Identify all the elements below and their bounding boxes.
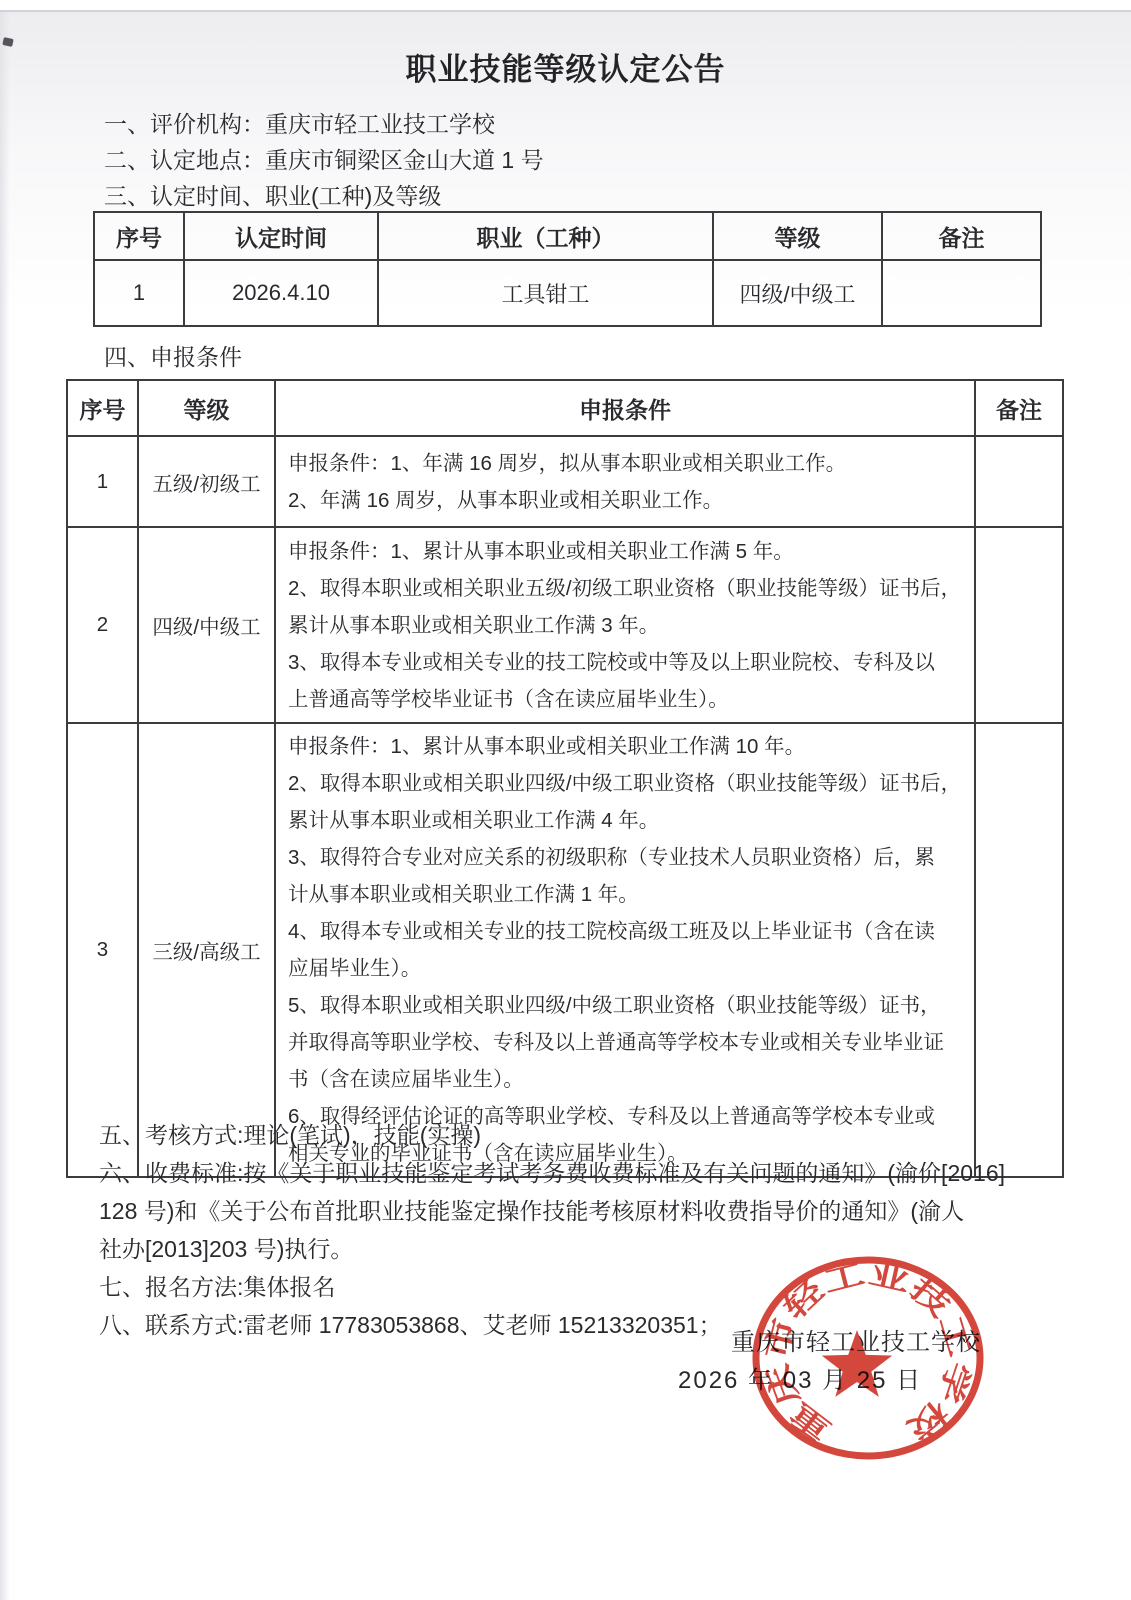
cell-conditions: 申报条件：1、累计从事本职业或相关职业工作满 10 年。2、取得本职业或相关职业…	[275, 723, 975, 1177]
column-header-occupation: 职业（工种）	[378, 212, 713, 260]
section-conditions-heading: 四、申报条件	[104, 339, 242, 372]
cell-level: 五级/初级工	[138, 436, 275, 527]
column-header-date: 认定时间	[184, 212, 378, 260]
document-page: 职业技能等级认定公告 一、评价机构：重庆市轻工业技工学校 二、认定地点：重庆市铜…	[0, 0, 1131, 1600]
column-header-conditions: 申报条件	[275, 380, 975, 436]
column-header-note: 备注	[975, 380, 1063, 436]
section-evaluator: 一、评价机构：重庆市轻工业技工学校	[104, 106, 495, 139]
page-title: 职业技能等级认定公告	[0, 44, 1131, 89]
cell-note	[882, 260, 1041, 326]
column-header-no: 序号	[94, 212, 184, 260]
cell-occupation: 工具钳工	[378, 260, 713, 326]
conditions-table: 序号 等级 申报条件 备注 1 五级/初级工 申报条件：1、年满 16 周岁，拟…	[66, 379, 1064, 1178]
cell-date: 2026.4.10	[184, 260, 378, 326]
column-header-no: 序号	[67, 380, 138, 436]
schedule-table-header-row: 序号 认定时间 职业（工种） 等级 备注	[94, 212, 1041, 260]
cell-no: 3	[67, 723, 138, 1177]
star-icon	[822, 1330, 892, 1397]
conditions-row-level4: 2 四级/中级工 申报条件：1、累计从事本职业或相关职业工作满 5 年。2、取得…	[67, 527, 1063, 723]
cell-no: 2	[67, 527, 138, 723]
cell-level: 四级/中级工	[713, 260, 882, 326]
conditions-table-header-row: 序号 等级 申报条件 备注	[67, 380, 1063, 436]
schedule-table-row: 1 2026.4.10 工具钳工 四级/中级工	[94, 260, 1041, 326]
column-header-level: 等级	[138, 380, 275, 436]
cell-conditions: 申报条件：1、年满 16 周岁，拟从事本职业或相关职业工作。2、年满 16 周岁…	[275, 436, 975, 527]
cell-no: 1	[94, 260, 184, 326]
cell-note	[975, 527, 1063, 723]
section-assessment: 五、考核方式:理论(笔试)，技能(实操)	[99, 1116, 1005, 1154]
cell-conditions: 申报条件：1、累计从事本职业或相关职业工作满 5 年。2、取得本职业或相关职业五…	[275, 527, 975, 723]
section-schedule-heading: 三、认定时间、职业(工种)及等级	[104, 178, 441, 211]
cell-note	[975, 723, 1063, 1177]
schedule-table: 序号 认定时间 职业（工种） 等级 备注 1 2026.4.10 工具钳工 四级…	[93, 211, 1042, 327]
section-location: 二、认定地点：重庆市铜梁区金山大道 1 号	[104, 142, 544, 175]
cell-note	[975, 436, 1063, 527]
conditions-row-level3: 3 三级/高级工 申报条件：1、累计从事本职业或相关职业工作满 10 年。2、取…	[67, 723, 1063, 1177]
official-stamp: 重庆市轻工业技工学校	[744, 1250, 994, 1470]
cell-level: 三级/高级工	[138, 723, 275, 1177]
conditions-row-level5: 1 五级/初级工 申报条件：1、年满 16 周岁，拟从事本职业或相关职业工作。2…	[67, 436, 1063, 527]
column-header-note: 备注	[882, 212, 1041, 260]
cell-level: 四级/中级工	[138, 527, 275, 723]
scan-left-edge	[0, 12, 10, 1600]
cell-no: 1	[67, 436, 138, 527]
column-header-level: 等级	[713, 212, 882, 260]
